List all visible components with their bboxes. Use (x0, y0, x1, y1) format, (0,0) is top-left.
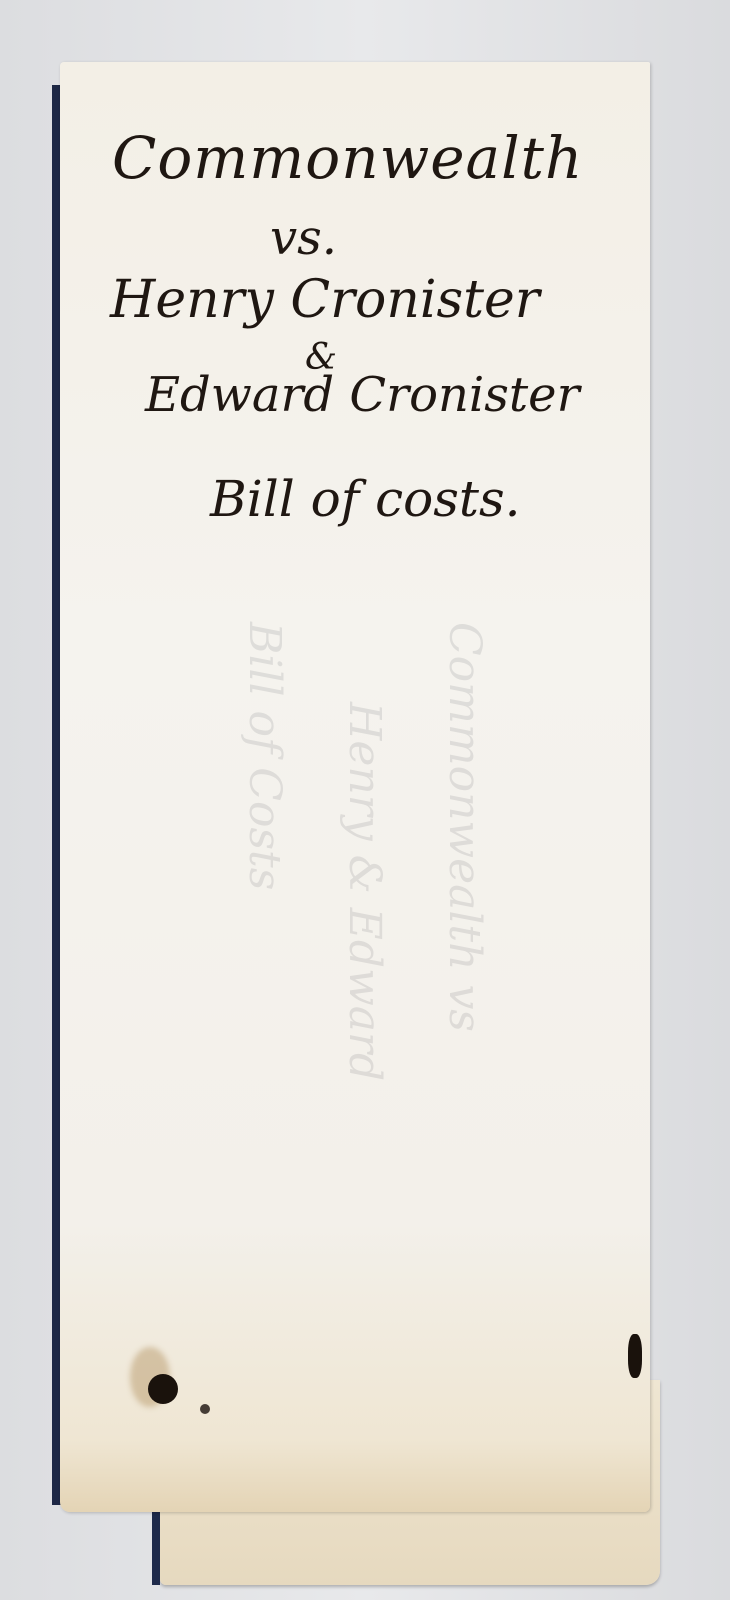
defendant-2-line: Edward Cronister (145, 367, 650, 423)
bleed-through-text: Commonwealth vs (439, 622, 490, 1032)
punch-hole (148, 1374, 178, 1404)
bleed-through-text: Bill of Costs (239, 622, 290, 890)
ink-spot (200, 1404, 210, 1414)
document-paper: Commonwealth vs Henry & Edward Bill of C… (60, 62, 650, 1512)
defendant-1-line: Henry Cronister (110, 270, 650, 330)
torn-hole (628, 1334, 642, 1378)
plaintiff-line: Commonwealth (112, 124, 650, 192)
versus-line: vs. (270, 210, 650, 266)
bleed-through-text: Henry & Edward (339, 702, 390, 1081)
document-title: Bill of costs. (210, 470, 650, 528)
